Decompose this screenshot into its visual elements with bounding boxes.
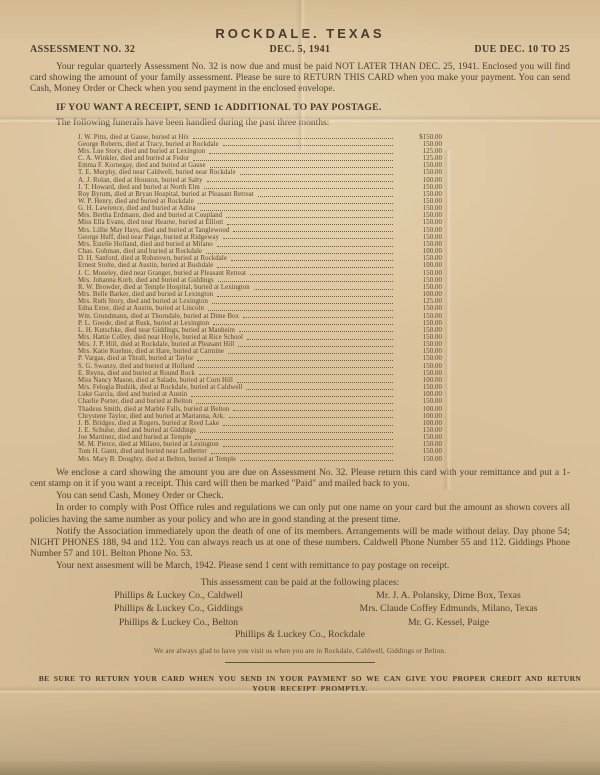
funeral-entry: T. E. Murphy, died near Caldwell, buried… (78, 169, 236, 176)
return-card-reminder: BE SURE TO RETURN YOUR CARD WHEN YOU SEN… (30, 674, 590, 694)
payment-places-intro: This assessment can be paid at the follo… (30, 578, 570, 588)
visit-line: We are always glad to have you visit us … (30, 647, 570, 655)
funeral-row: Mrs. Belle Barker, died and buried at Le… (78, 291, 442, 298)
funeral-entry: J. E. Schulse, died and buried at Giddin… (78, 427, 196, 434)
funeral-amount: 150.00 (396, 219, 442, 226)
funeral-amount: 150.00 (396, 141, 442, 148)
dotted-leader (223, 446, 393, 447)
funeral-row: Mrs. Estelle Holland, died and buried at… (78, 241, 442, 248)
funeral-amount: 100.00 (396, 391, 442, 398)
dotted-leader (204, 188, 393, 189)
funeral-entry: Charlie Porter, died and buried at Belto… (78, 398, 192, 405)
dotted-leader (254, 289, 393, 290)
funeral-amount: 150.00 (396, 434, 442, 441)
funeral-row: W. P. Henry, died and buried at Rockdale… (78, 198, 442, 205)
funeral-entry: G. H. Lawrence, died and buried at Adina (78, 205, 196, 212)
funeral-entry: Mrs. Bertha Erdmann, died and buried at … (78, 212, 222, 219)
funeral-amount: 150.00 (396, 191, 442, 198)
dotted-leader (217, 246, 393, 247)
funeral-entry: C. A. Winkler, died and buried at Fedor (78, 155, 189, 162)
dotted-leader (258, 196, 393, 197)
dotted-leader (213, 324, 393, 325)
funeral-amount: 150.00 (396, 313, 442, 320)
divider-rule (225, 662, 375, 663)
funeral-amount: 150.00 (396, 241, 442, 248)
funeral-row: Chas. Gohman, died and buried at Rockdal… (78, 248, 442, 255)
dotted-leader (237, 382, 393, 383)
funeral-entry: J. W. Pitts, died at Gause, buried at Hi… (78, 134, 189, 141)
funeral-row: C. A. Winkler, died and buried at Fedor1… (78, 155, 442, 162)
funeral-amount: 100.00 (396, 377, 442, 384)
funeral-amount: 125.00 (396, 298, 442, 305)
card-return-paragraph: We enclose a card showing the amount you… (30, 468, 570, 490)
notice-date: DEC. 5, 1941 (270, 44, 331, 55)
funeral-entry: Mrs. Lillie May Hays, died and buried at… (78, 227, 229, 234)
funeral-row: Mrs. Mary B. Doughty, died at Belton, bu… (78, 456, 442, 463)
dotted-leader (210, 167, 393, 168)
funeral-entry: Miss Nancy Mason, died at Salado, buried… (78, 377, 233, 384)
dotted-leader (227, 224, 393, 225)
funeral-row: Tom H. Gantt, died and buried near Ledbe… (78, 448, 442, 455)
funeral-entry: Mrs. Mary B. Doughty, died at Belton, bu… (78, 456, 236, 463)
funeral-row: J. W. Pitts, died at Gause, buried at Hi… (78, 134, 442, 141)
funeral-row: Mrs. Felogia Budzik, died at Rockdale, b… (78, 384, 442, 391)
dotted-leader (247, 339, 393, 340)
funeral-amount: 150.00 (396, 427, 442, 434)
funeral-row: A. J. Rolan, died at Houston, buried at … (78, 177, 442, 184)
payment-methods-line: You can send Cash, Money Order or Check. (30, 491, 570, 502)
dotted-leader (195, 439, 393, 440)
funeral-amount: 100.00 (396, 406, 442, 413)
funeral-entry: Luke Garcia, died and buried at Austin (78, 391, 187, 398)
due-date-range: DUE DEC. 10 TO 25 (474, 44, 570, 55)
funeral-row: Ernest Stolte, died at Austin, buried at… (78, 262, 442, 269)
funeral-amount: 150.00 (396, 456, 442, 463)
dotted-leader (226, 217, 393, 218)
funeral-amount: 150.00 (396, 270, 442, 277)
funeral-row: Emma F. Kornegay, died and buried at Gau… (78, 162, 442, 169)
funeral-entry: J. T. Howard, died and buried at North E… (78, 184, 200, 191)
funeral-row: Wm. Grundmann, died at Thorndale, buried… (78, 313, 442, 320)
dotted-leader (218, 281, 393, 282)
funeral-entry: Tom H. Gantt, died and buried near Ledbe… (78, 448, 207, 455)
funeral-entry: S. G. Swanzy, died and buried at Holland (78, 363, 194, 370)
dotted-leader (240, 460, 393, 461)
funeral-entry: Thadeus Smith, died at Marble Falls, bur… (78, 406, 229, 413)
dotted-leader (238, 346, 393, 347)
funeral-amount: 150.00 (396, 198, 442, 205)
funeral-amount: 150.00 (396, 305, 442, 312)
scanned-notice-page: ROCKDALE. TEXAS ASSESSMENT NO. 32 DEC. 5… (0, 0, 600, 775)
funeral-amount: 150.00 (396, 234, 442, 241)
funeral-entry: Roy Byrum, died at Bryan Hospital, burie… (78, 191, 254, 198)
funeral-row: Charlie Porter, died and buried at Belto… (78, 398, 442, 405)
funeral-entry: P. Vargas, died at Thrall, buried at Tay… (78, 355, 193, 362)
funeral-row: Luke Garcia, died and buried at Austin10… (78, 391, 442, 398)
funeral-entry: R. W. Browder, died at Temple Hospital, … (78, 284, 250, 291)
funeral-entry: P. L. Goode, died at Rusk, buried at Lex… (78, 320, 209, 327)
funeral-entry: Edna Exter, died at Austin, buried at Li… (78, 305, 204, 312)
funeral-row: S. G. Swanzy, died and buried at Holland… (78, 363, 442, 370)
funeral-row: Mrs. J. P. Hill, died at Rockdale, burie… (78, 341, 442, 348)
funeral-amount: 150.00 (396, 327, 442, 334)
funeral-amount: 150.00 (396, 341, 442, 348)
dotted-leader (209, 153, 393, 154)
funeral-ledger: J. W. Pitts, died at Gause, buried at Hi… (78, 134, 442, 463)
funeral-amount: 100.00 (396, 420, 442, 427)
dotted-leader (229, 417, 393, 418)
funeral-amount: 100.00 (396, 262, 442, 269)
funeral-amount: 150.00 (396, 284, 442, 291)
funeral-amount: 150.00 (396, 348, 442, 355)
dotted-leader (206, 253, 393, 254)
dotted-leader (250, 274, 393, 275)
funeral-row: P. L. Goode, died at Rusk, buried at Lex… (78, 320, 442, 327)
funeral-entry: George Roberts, died at Tracy, buried at… (78, 141, 219, 148)
funeral-entry: George Huff, died near Paige, buried at … (78, 234, 219, 241)
dotted-leader (212, 303, 393, 304)
payment-place-rockdale: Phillips & Luckey Co., Rockdale (30, 629, 570, 640)
funeral-amount: 150.00 (396, 384, 442, 391)
funeral-row: J. T. Howard, died and buried at North E… (78, 184, 442, 191)
header-row: ASSESSMENT NO. 32 DEC. 5, 1941 DUE DEC. … (30, 44, 570, 57)
funeral-entry: Mrs. Felogia Budzik, died at Rockdale, b… (78, 384, 242, 391)
funeral-amount: 150.00 (396, 205, 442, 212)
dotted-leader (197, 360, 393, 361)
funeral-amount: 150.00 (396, 162, 442, 169)
payment-place: Mrs. Claude Coffey Edmunds, Milano, Texa… (327, 602, 570, 616)
funeral-entry: Emma F. Kornegay, died and buried at Gau… (78, 162, 206, 169)
dotted-leader (193, 160, 393, 161)
funeral-row: E. Reyna, died and buried at Round Rock1… (78, 370, 442, 377)
funeral-amount: 150.00 (396, 227, 442, 234)
payment-places-grid: Phillips & Luckey Co., CaldwellMr. J. A.… (30, 589, 570, 630)
payment-place: Mr. G. Kessel, Paige (327, 616, 570, 630)
payment-place: Phillips & Luckey Co., Caldwell (30, 589, 327, 603)
funeral-entry: Joe Martinez, died and buried at Temple (78, 434, 191, 441)
funeral-row: Joe Martinez, died and buried at Temple1… (78, 434, 442, 441)
dotted-leader (200, 210, 393, 211)
dotted-leader (217, 267, 393, 268)
funeral-row: G. H. Lawrence, died and buried at Adina… (78, 205, 442, 212)
funeral-amount: 150.00 (396, 320, 442, 327)
funeral-row: T. E. Murphy, died near Caldwell, buried… (78, 169, 442, 176)
funeral-entry: Mrs. Belle Barker, died and buried at Le… (78, 291, 213, 298)
funeral-row: Mrs. Ruth Story, died and buried at Lexi… (78, 298, 442, 305)
funeral-row: L. H. Kutschke, died near Giddings, buri… (78, 327, 442, 334)
dotted-leader (223, 425, 393, 426)
funeral-amount: 150.00 (396, 370, 442, 377)
funeral-row: Miss Nancy Mason, died at Salado, buried… (78, 377, 442, 384)
funeral-amount: 150.00 (396, 448, 442, 455)
funeral-entry: Chas. Gohman, died and buried at Rockdal… (78, 248, 202, 255)
funeral-row: R. W. Browder, died at Temple Hospital, … (78, 284, 442, 291)
dotted-leader (193, 138, 393, 139)
funeral-row: Chrystene Taylor, died and buried at Mar… (78, 413, 442, 420)
funeral-row: Mrs. Hattie Colley, died near Hoyle, bur… (78, 334, 442, 341)
dotted-leader (200, 432, 393, 433)
funeral-entry: Mrs. J. P. Hill, died at Rockdale, burie… (78, 341, 234, 348)
funeral-row: Mrs. Bertha Erdmann, died and buried at … (78, 212, 442, 219)
funeral-entry: Mrs. Ruth Story, died and buried at Lexi… (78, 298, 208, 305)
dotted-leader (228, 353, 393, 354)
dotted-leader (191, 396, 393, 397)
funeral-amount: 100.00 (396, 177, 442, 184)
funeral-row: Mrs. Lillie May Hays, died and buried at… (78, 227, 442, 234)
funeral-entry: Wm. Grundmann, died at Thorndale, buried… (78, 313, 239, 320)
dotted-leader (217, 296, 393, 297)
funeral-entry: J. B. Bridges, died at Rogers, buried at… (78, 420, 219, 427)
dotted-leader (233, 231, 393, 232)
funeral-row: George Roberts, died at Tracy, buried at… (78, 141, 442, 148)
city-title: ROCKDALE. TEXAS (30, 26, 570, 41)
funeral-amount: 150.00 (396, 212, 442, 219)
dotted-leader (231, 260, 393, 261)
funeral-amount: 100.00 (396, 291, 442, 298)
funeral-entry: Chrystene Taylor, died and buried at Mar… (78, 413, 225, 420)
funeral-entry: L. H. Kutschke, died near Giddings, buri… (78, 327, 235, 334)
dotted-leader (196, 403, 393, 404)
funeral-amount: 150.00 (396, 363, 442, 370)
dotted-leader (223, 238, 393, 239)
assessment-number: ASSESSMENT NO. 32 (30, 44, 135, 55)
funeral-entry: J. C. Moseley, died near Granger, buried… (78, 270, 246, 277)
funeral-amount: 150.00 (396, 169, 442, 176)
funeral-amount: 150.00 (396, 398, 442, 405)
dotted-leader (211, 453, 393, 454)
funeral-row: Mrs. Johanna Korb, died and buried at Gi… (78, 277, 442, 284)
receipt-notice: IF YOU WANT A RECEIPT, SEND 1c ADDITIONA… (30, 102, 570, 113)
funeral-amount: $150.00 (396, 134, 442, 141)
payment-place: Phillips & Luckey Co., Giddings (30, 602, 327, 616)
funeral-entry: Miss Ella Evans, died near Hearne, burie… (78, 219, 223, 226)
funeral-row: J. C. Moseley, died near Granger, buried… (78, 270, 442, 277)
funeral-amount: 125.00 (396, 148, 442, 155)
funeral-row: Miss Ella Evans, died near Hearne, burie… (78, 219, 442, 226)
funeral-row: J. B. Bridges, died at Rogers, buried at… (78, 420, 442, 427)
dotted-leader (243, 317, 393, 318)
dotted-leader (240, 174, 393, 175)
funeral-entry: Mrs. Lue Story, died and buried at Lexin… (78, 148, 205, 155)
dotted-leader (198, 203, 393, 204)
funeral-amount: 150.00 (396, 184, 442, 191)
funeral-amount: 150.00 (396, 255, 442, 262)
funerals-intro: The following funerals have been handled… (30, 118, 570, 128)
funeral-entry: W. P. Henry, died and buried at Rockdale (78, 198, 194, 205)
funeral-amount: 100.00 (396, 413, 442, 420)
funeral-entry: Mrs. Johanna Korb, died and buried at Gi… (78, 277, 214, 284)
dotted-leader (208, 310, 393, 311)
intro-paragraph: Your regular quarterly Assessment No. 32… (30, 62, 570, 96)
funeral-row: Edna Exter, died at Austin, buried at Li… (78, 305, 442, 312)
notify-paragraph: Notify the Association immediately upon … (30, 527, 570, 561)
funeral-entry: M. M. Pierce, died at Milano, buried at … (78, 441, 219, 448)
funeral-amount: 150.00 (396, 334, 442, 341)
funeral-entry: Ernest Stolte, died at Austin, buried at… (78, 262, 213, 269)
dotted-leader (239, 331, 393, 332)
funeral-entry: Mrs. Hattie Colley, died near Hoyle, bur… (78, 334, 243, 341)
dotted-leader (246, 389, 393, 390)
paper-bottom-edge (0, 761, 600, 775)
funeral-row: Mrs. Katie Kuehne, died at Hare, buried … (78, 348, 442, 355)
funeral-entry: Mrs. Estelle Holland, died and buried at… (78, 241, 213, 248)
payment-place: Phillips & Luckey Co., Belton (30, 616, 327, 630)
funeral-row: George Huff, died near Paige, buried at … (78, 234, 442, 241)
funeral-amount: 150.00 (396, 441, 442, 448)
funeral-row: Mrs. Lue Story, died and buried at Lexin… (78, 148, 442, 155)
funeral-entry: A. J. Rolan, died at Houston, buried at … (78, 177, 203, 184)
fold-crease-vertical (442, 150, 452, 490)
funeral-entry: D. H. Sanford, died at Robstown, buried … (78, 255, 227, 262)
funeral-row: D. H. Sanford, died at Robstown, buried … (78, 255, 442, 262)
dotted-leader (198, 367, 393, 368)
funeral-row: Thadeus Smith, died at Marble Falls, bur… (78, 406, 442, 413)
funeral-amount: 150.00 (396, 277, 442, 284)
dotted-leader (199, 374, 393, 375)
dotted-leader (223, 145, 393, 146)
funeral-row: M. M. Pierce, died at Milano, buried at … (78, 441, 442, 448)
post-office-paragraph: In order to comply with Post Office rule… (30, 503, 570, 525)
funeral-amount: 125.00 (396, 155, 442, 162)
funeral-row: J. E. Schulse, died and buried at Giddin… (78, 427, 442, 434)
payment-place: Mr. J. A. Polansky, Dime Box, Texas (327, 589, 570, 603)
dotted-leader (233, 410, 393, 411)
funeral-entry: Mrs. Katie Kuehne, died at Hare, buried … (78, 348, 224, 355)
funeral-entry: E. Reyna, died and buried at Round Rock (78, 370, 195, 377)
dotted-leader (207, 181, 393, 182)
next-assessment-line: Your next assesment will be March, 1942.… (30, 561, 570, 572)
funeral-amount: 150.00 (396, 355, 442, 362)
funeral-row: P. Vargas, died at Thrall, buried at Tay… (78, 355, 442, 362)
funeral-amount: 100.00 (396, 248, 442, 255)
funeral-row: Roy Byrum, died at Bryan Hospital, burie… (78, 191, 442, 198)
